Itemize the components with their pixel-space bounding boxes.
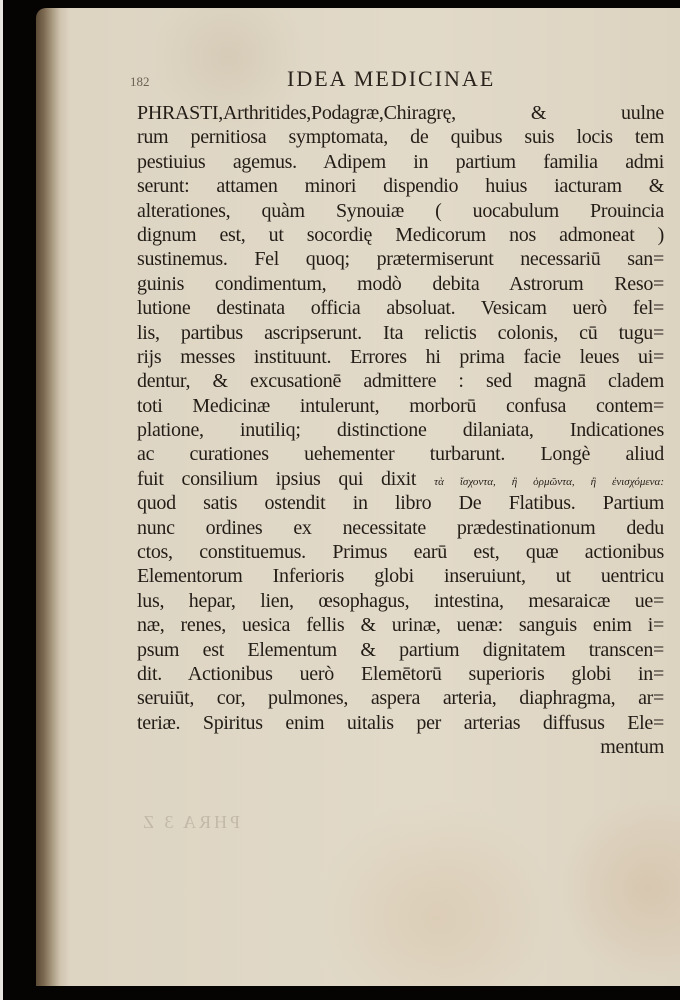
text-line: alterationes, quàm Synouiæ ( uocabulum P…: [137, 199, 664, 223]
text-line: rijs messes instituunt. Errores hi prima…: [137, 345, 664, 369]
text-line: PHRASTI,Arthritides,Podagræ,Chiragrę, & …: [137, 101, 664, 125]
greek-quote: τὰ ἴσχοντα, ἢ ὁρμῶντα, ἢ ἐνισχόμενα:: [434, 476, 664, 488]
text-line: lutione destinata officia absoluat. Vesi…: [137, 296, 664, 320]
text-line: dignum est, ut socordię Medicorum nos ad…: [137, 223, 664, 247]
text-line: nunc ordines ex necessitate prædestinati…: [137, 516, 664, 540]
text-line: teriæ. Spiritus enim uitalis per arteria…: [137, 711, 664, 735]
text-line: psum est Elementum & partium dignitatem …: [137, 638, 664, 662]
text-line: guinis condimentum, modò debita Astrorum…: [137, 272, 664, 296]
text-line: sustinemus. Fel quoq; prætermiserunt nec…: [137, 247, 664, 271]
text-line-with-greek: fuit consilium ipsius qui dixit τὰ ἴσχον…: [137, 467, 664, 491]
text-line: lus, hepar, lien, œsophagus, intestina, …: [137, 589, 664, 613]
text-line: Elementorum Inferioris globi inseruiunt,…: [137, 564, 664, 588]
text-segment: fuit consilium ipsius qui dixit: [137, 468, 416, 490]
text-line: ac curationes uehementer turbarunt. Long…: [137, 442, 664, 466]
page-header: 182 IDEA MEDICINAE: [0, 64, 680, 94]
bleed-through-text: PHRA 3 Z: [140, 812, 240, 833]
running-title: IDEA MEDICINAE: [287, 66, 495, 92]
text-line: næ, renes, uesica fellis & urinæ, uenæ: …: [137, 613, 664, 637]
text-line: rum pernitiosa symptomata, de quibus sui…: [137, 125, 664, 149]
text-line: seruiūt, cor, pulmones, aspera arteria, …: [137, 686, 664, 710]
text-line: quod satis ostendit in libro De Flatibus…: [137, 491, 664, 515]
text-line: dit. Actionibus uerò Elemētorū superiori…: [137, 662, 664, 686]
text-line: ctos, constituemus. Primus earū est, quæ…: [137, 540, 664, 564]
text-line: dentur, & excusationē admittere : sed ma…: [137, 369, 664, 393]
text-line: platione, inutiliq; distinctione dilania…: [137, 418, 664, 442]
body-text: PHRASTI,Arthritides,Podagræ,Chiragrę, & …: [137, 101, 664, 760]
text-line: serunt: attamen minori dispendio huius i…: [137, 174, 664, 198]
text-line: toti Medicinæ intulerunt, morborū confus…: [137, 394, 664, 418]
page-number: 182: [130, 74, 150, 90]
catchword: mentum: [137, 735, 664, 759]
scan-edge: [0, 0, 3, 1000]
text-line: lis, partibus ascripserunt. Ita relictis…: [137, 321, 664, 345]
text-line: pestiuius agemus. Adipem in partium fami…: [137, 150, 664, 174]
